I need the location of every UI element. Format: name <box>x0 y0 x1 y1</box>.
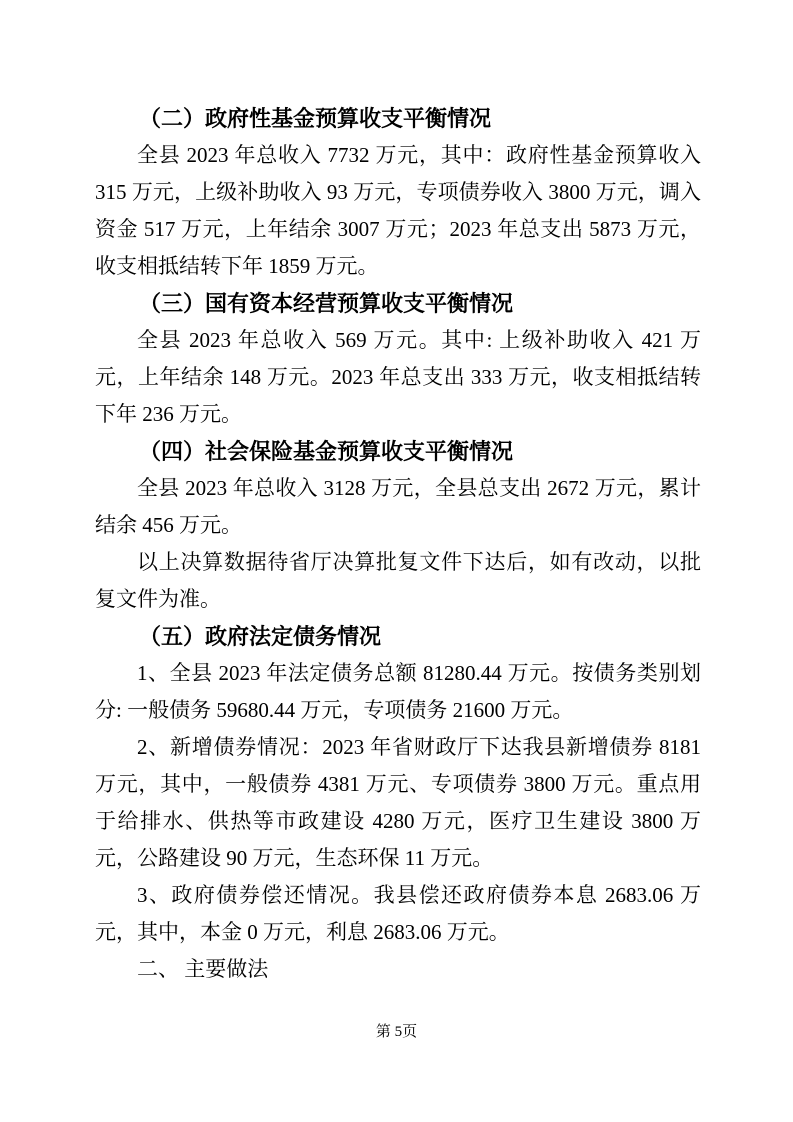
body-paragraph: 全县 2023 年总收入 569 万元。其中: 上级补助收入 421 万元，上年… <box>95 322 701 433</box>
document-content: （二）政府性基金预算收支平衡情况 全县 2023 年总收入 7732 万元，其中… <box>95 100 701 988</box>
page-footer: 第 5页 <box>0 1022 793 1042</box>
section-heading: （五）政府法定债务情况 <box>95 618 701 655</box>
body-paragraph: 以上决算数据待省厅决算批复文件下达后，如有改动，以批复文件为准。 <box>95 544 701 618</box>
body-paragraph: 全县 2023 年总收入 3128 万元，全县总支出 2672 万元，累计结余 … <box>95 470 701 544</box>
section-heading: （三）国有资本经营预算收支平衡情况 <box>95 285 701 322</box>
body-paragraph: 全县 2023 年总收入 7732 万元，其中：政府性基金预算收入 315 万元… <box>95 137 701 285</box>
body-paragraph: 2、新增债券情况：2023 年省财政厅下达我县新增债券 8181 万元，其中，一… <box>95 729 701 877</box>
document-section: （五）政府法定债务情况 1、全县 2023 年法定债务总额 81280.44 万… <box>95 618 701 951</box>
body-paragraph: 3、政府债券偿还情况。我县偿还政府债券本息 2683.06 万元，其中，本金 0… <box>95 877 701 951</box>
body-paragraph: 1、全县 2023 年法定债务总额 81280.44 万元。按债务类别划分: 一… <box>95 655 701 729</box>
document-section: （四）社会保险基金预算收支平衡情况 全县 2023 年总收入 3128 万元，全… <box>95 433 701 618</box>
section-heading: 二、 主要做法 <box>95 951 701 988</box>
document-section: （二）政府性基金预算收支平衡情况 全县 2023 年总收入 7732 万元，其中… <box>95 100 701 285</box>
document-section: （三）国有资本经营预算收支平衡情况 全县 2023 年总收入 569 万元。其中… <box>95 285 701 433</box>
document-page: （二）政府性基金预算收支平衡情况 全县 2023 年总收入 7732 万元，其中… <box>0 0 793 1122</box>
page-number: 第 5页 <box>376 1024 417 1040</box>
section-heading: （四）社会保险基金预算收支平衡情况 <box>95 433 701 470</box>
document-section: 二、 主要做法 <box>95 951 701 988</box>
section-heading: （二）政府性基金预算收支平衡情况 <box>95 100 701 137</box>
